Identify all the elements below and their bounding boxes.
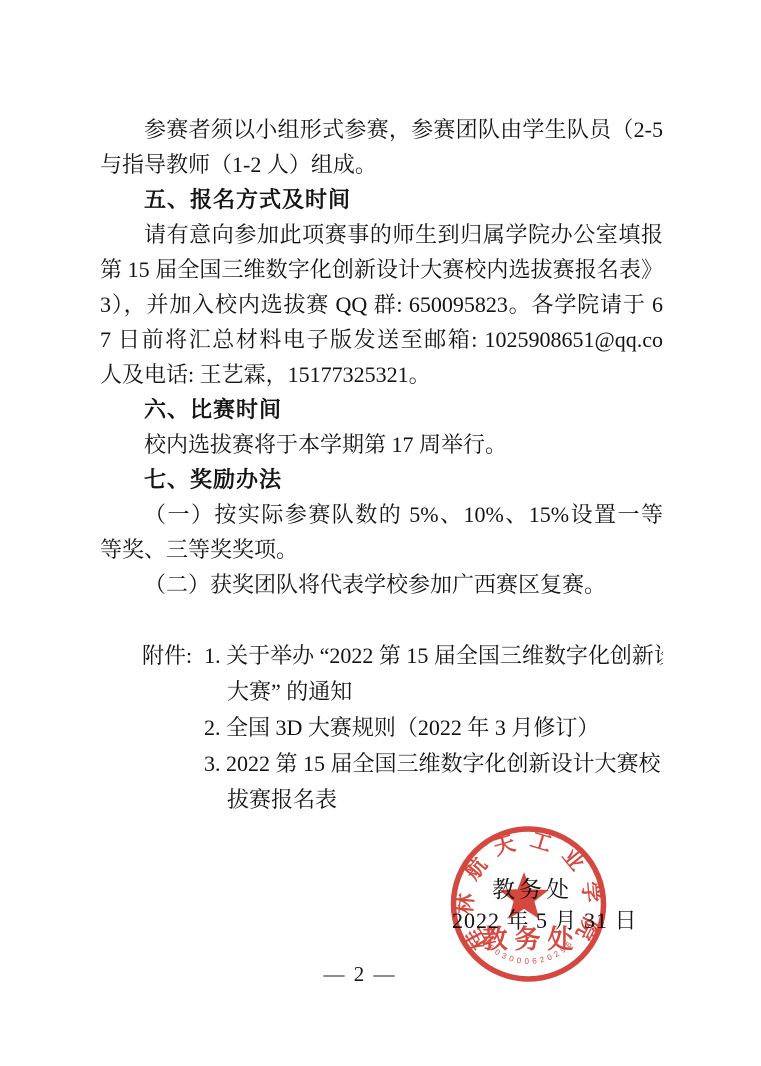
attachment-line: 附件:1. 关于举办 “2022 第 15 届全国三维数字化创新设计 — [100, 638, 663, 674]
paragraph-line: 校内选拔赛将于本学期第 17 周举行。 — [100, 427, 663, 462]
attachment-label: 附件: — [142, 643, 192, 668]
signature-date: 2022 年 5 月 31 日 — [452, 904, 638, 935]
document-body: 参赛者须以小组形式参赛，参赛团队由学生队员（2-5 人） 与指导教师（1-2 人… — [100, 112, 663, 818]
paragraph-line: 请有意向参加此项赛事的师生到归属学院办公室填报《2022 — [100, 217, 663, 252]
paragraph-line: 人及电话: 王艺霖，15177325321。 — [100, 357, 663, 392]
seal-serial-number: 4503000620296 — [481, 938, 576, 966]
section-heading-7: 七、奖励办法 — [100, 462, 663, 497]
paragraph-line: （一）按实际参赛队数的 5%、10%、15%设置一等奖、二 — [100, 497, 663, 532]
paragraph-line: 参赛者须以小组形式参赛，参赛团队由学生队员（2-5 人） — [100, 112, 663, 147]
paragraph-line: 第 15 届全国三维数字化创新设计大赛校内选拔赛报名表》（附件 — [100, 252, 663, 287]
paragraph-line: 7 日前将汇总材料电子版发送至邮箱: 1025908651@qq.com。联系 — [100, 322, 663, 357]
document-page: 参赛者须以小组形式参赛，参赛团队由学生队员（2-5 人） 与指导教师（1-2 人… — [0, 0, 761, 1066]
paragraph-line: 与指导教师（1-2 人）组成。 — [100, 147, 663, 182]
attachment-item-3: 3. 2022 第 15 届全国三维数字化创新设计大赛校内选 — [100, 746, 663, 782]
paragraph-line: 3），并加入校内选拔赛 QQ 群: 650095823。各学院请于 6 月 — [100, 287, 663, 322]
paragraph-line: （二）获奖团队将代表学校参加广西赛区复赛。 — [100, 567, 663, 602]
attachment-line: 大赛” 的通知 — [100, 674, 663, 710]
attachment-item-1: 1. 关于举办 “2022 第 15 届全国三维数字化创新设计 — [204, 643, 663, 668]
blank-line — [100, 602, 663, 638]
page-number: — 2 — — [300, 962, 420, 987]
attachment-item-2: 2. 全国 3D 大赛规则（2022 年 3 月修订） — [100, 710, 663, 746]
paragraph-line: 等奖、三等奖奖项。 — [100, 532, 663, 567]
signature-department: 教务处 — [492, 871, 573, 904]
section-heading-5: 五、报名方式及时间 — [100, 182, 663, 217]
attachment-line: 拔赛报名表 — [100, 782, 663, 818]
section-heading-6: 六、比赛时间 — [100, 392, 663, 427]
